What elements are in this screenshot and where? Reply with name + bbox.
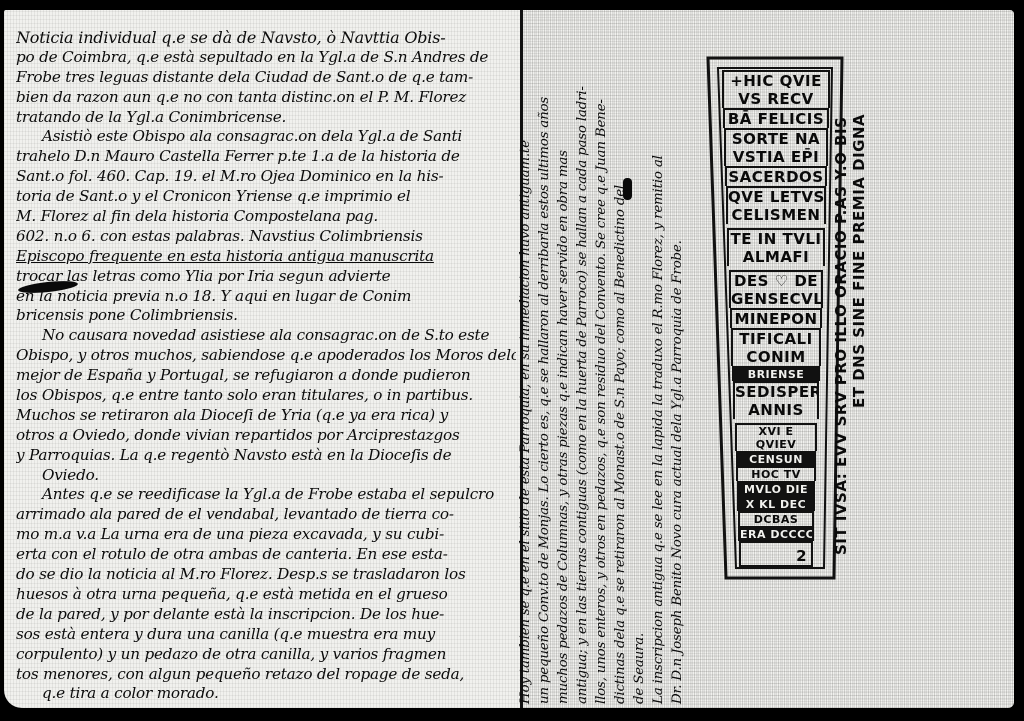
vertical-text-line: un pequeño Conv.to de Monjas. Lo cierto … [537,97,552,704]
inscription-row: QVE LETVS [728,188,825,206]
inscription-row: MINEPON [734,310,817,328]
vertical-text-line: muchos pedazos de Columnas, y otras piez… [556,150,571,704]
inscription-row: TE IN TVLI [730,230,821,248]
inscription-row: 2 [796,547,807,565]
right-page-vertical-text: Hoy tambien se q.e en el sitio de esta P… [4,10,204,708]
vertical-text-line: dictinas dela q.e se retiraron al Monast… [613,185,628,704]
vertical-text-line: La inscripcion antigua q.e se lee en la … [651,155,666,704]
inscription-row: X KL DEC [746,498,806,511]
inscription-row: +HIC QVIE [730,72,822,90]
inscription-row: CENSUN [749,453,803,466]
inscription-row: DES ♡ DE [734,272,818,290]
vertical-text-line: llos, unos enteros, y otros en pedazos, … [594,99,609,704]
inscription-row: GENSECVL [731,290,823,308]
vertical-text-line: de Seaura. [632,633,647,704]
manuscript-sheet: Noticia individual q.e se dà de Navsto, … [4,10,1014,708]
inscription-row: CONIM [746,348,805,366]
inscription-row: ALMAFI [743,248,810,266]
inscription-row: SORTE NA [732,130,820,148]
tombstone-inscription: +HIC QVIE VS RECV BĀ FELICIS SORTE NA VS… [721,70,831,567]
inscription-row: BĀ FELICIS [728,110,824,128]
inscription-side-text: ET DNS SINE FINE PREMIA DIGNA [850,114,868,408]
inscription-row: TIFICALI [739,330,812,348]
inscription-row: XVI E [759,425,794,438]
inscription-row: VS RECV [738,90,814,108]
inscription-side-text: SIT IVSA: EVV SRV PRO ILLO ORACIO P.AS Y… [832,117,850,555]
vertical-text-line: Hoy tambien se q.e en el sitio de esta P… [518,140,533,704]
inscription-row: ERA DCCCC [740,528,814,541]
vertical-text-line: antigua; y en las tierras contiguas (com… [575,86,590,704]
inscription-row: SEDISPER [735,383,819,401]
inscription-row: ANNIS [748,401,804,419]
inscription-row: MVLO DIE [744,483,808,496]
vertical-text-line: Dr. D.n Joseph Benito Novo cura actual d… [670,240,685,704]
inscription-row: HOC TV [751,468,800,481]
ink-blot [623,178,632,200]
inscription-row: VSTIA EP̄I [733,148,819,166]
inscription-row: CELISMEN [732,206,821,224]
inscription-row: SACERDOS [728,168,823,186]
inscription-row: BRIENSE [748,368,805,381]
inscription-row: QVIEV [756,438,796,451]
inscription-row: DCBAS [754,513,799,526]
